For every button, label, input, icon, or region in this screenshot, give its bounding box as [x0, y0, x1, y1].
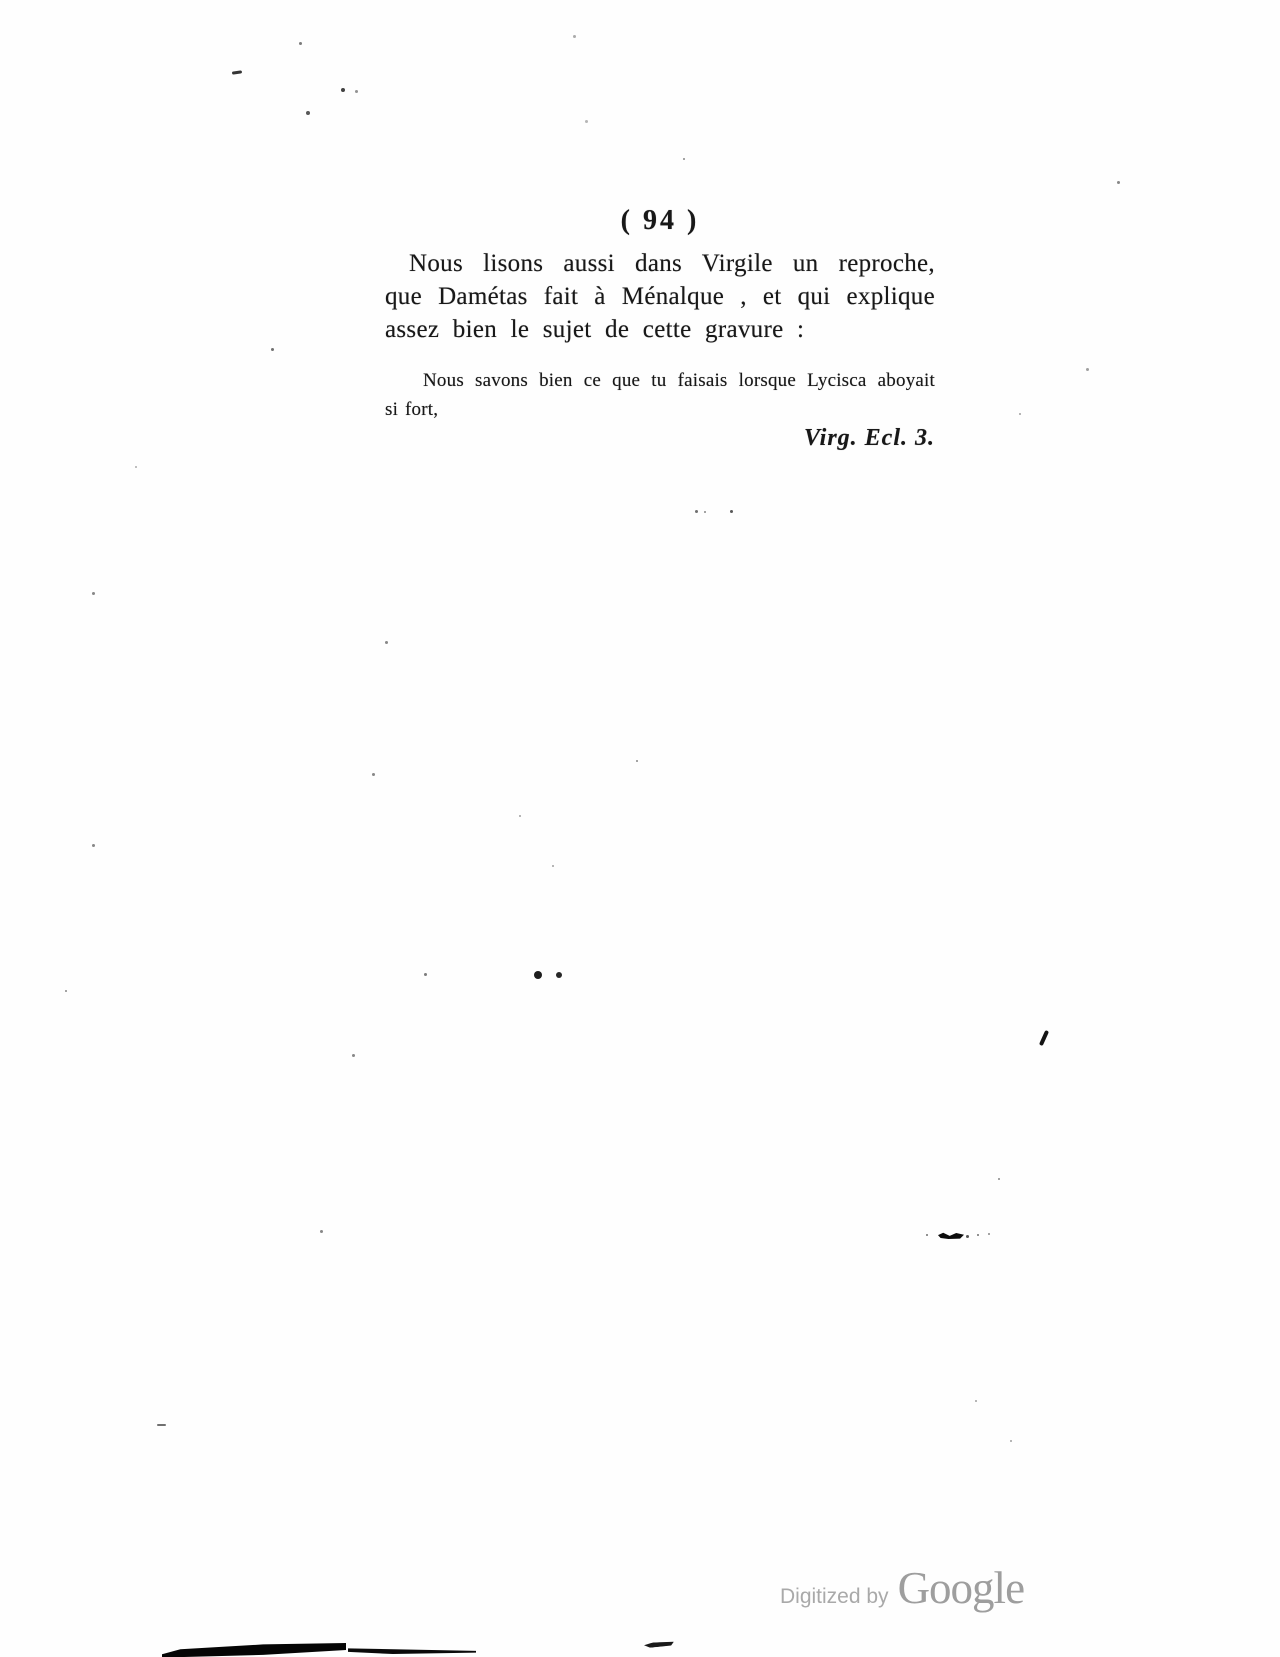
quote-attribution: Virg. Ecl. 3.	[385, 425, 935, 452]
noise-speck	[352, 1054, 355, 1057]
noise-speck	[704, 511, 706, 513]
noise-slash	[1039, 1030, 1049, 1046]
noise-speck	[683, 158, 685, 160]
noise-speck	[977, 1234, 979, 1236]
noise-speck	[1086, 368, 1089, 371]
noise-speck	[519, 815, 521, 817]
scan-artifact-streak	[348, 1647, 476, 1654]
noise-speck	[966, 1235, 969, 1238]
google-watermark: Digitized by Google	[780, 1566, 1024, 1611]
scan-artifact-dash	[644, 1641, 674, 1649]
noise-speck	[1010, 1440, 1012, 1442]
paragraph-line: assez bien le sujet de cette gravure :	[385, 313, 935, 346]
noise-speck	[1019, 413, 1021, 415]
page-text-block: ( 94 ) Nous lisons aussi dans Virgile un…	[385, 205, 935, 452]
noise-speck	[306, 111, 310, 115]
digitized-by-label: Digitized by	[780, 1585, 889, 1609]
noise-speck	[341, 88, 345, 92]
noise-speck	[92, 592, 95, 595]
noise-speck	[730, 510, 733, 513]
noise-speck	[998, 1178, 1000, 1180]
noise-speck	[424, 973, 427, 976]
noise-speck	[534, 971, 542, 979]
noise-speck	[135, 466, 137, 468]
page-number: ( 94 )	[385, 205, 935, 237]
noise-speck	[385, 641, 388, 644]
noise-speck	[271, 348, 274, 351]
paragraph-line: que Damétas fait à Ménalque , et qui exp…	[385, 280, 935, 313]
noise-speck	[573, 35, 576, 38]
paragraph-line: Nous lisons aussi dans Virgile un reproc…	[385, 247, 935, 280]
noise-speck	[320, 1230, 323, 1233]
noise-speck	[556, 972, 562, 978]
quote-line: Nous savons bien ce que tu faisais lorsq…	[385, 366, 935, 395]
noise-speck	[92, 844, 95, 847]
scanned-book-page: ( 94 ) Nous lisons aussi dans Virgile un…	[0, 0, 1280, 1657]
noise-squiggle	[938, 1232, 964, 1239]
noise-speck	[1117, 181, 1120, 184]
noise-speck	[636, 760, 638, 762]
noise-speck	[695, 510, 698, 513]
noise-dash	[157, 1424, 166, 1426]
scan-artifact-wedge	[162, 1643, 346, 1657]
noise-speck	[355, 90, 358, 93]
noise-speck	[585, 120, 588, 123]
noise-speck	[988, 1233, 990, 1235]
noise-speck	[299, 42, 302, 45]
noise-speck	[926, 1234, 928, 1236]
noise-speck	[372, 773, 375, 776]
verse-quotation: Nous savons bien ce que tu faisais lorsq…	[385, 366, 935, 424]
intro-paragraph: Nous lisons aussi dans Virgile un reproc…	[385, 247, 935, 346]
google-logo: Google	[898, 1566, 1024, 1611]
noise-speck	[552, 865, 554, 867]
noise-dash	[232, 70, 242, 74]
quote-line: si fort,	[385, 395, 935, 424]
noise-speck	[65, 990, 67, 992]
noise-speck	[975, 1400, 977, 1402]
